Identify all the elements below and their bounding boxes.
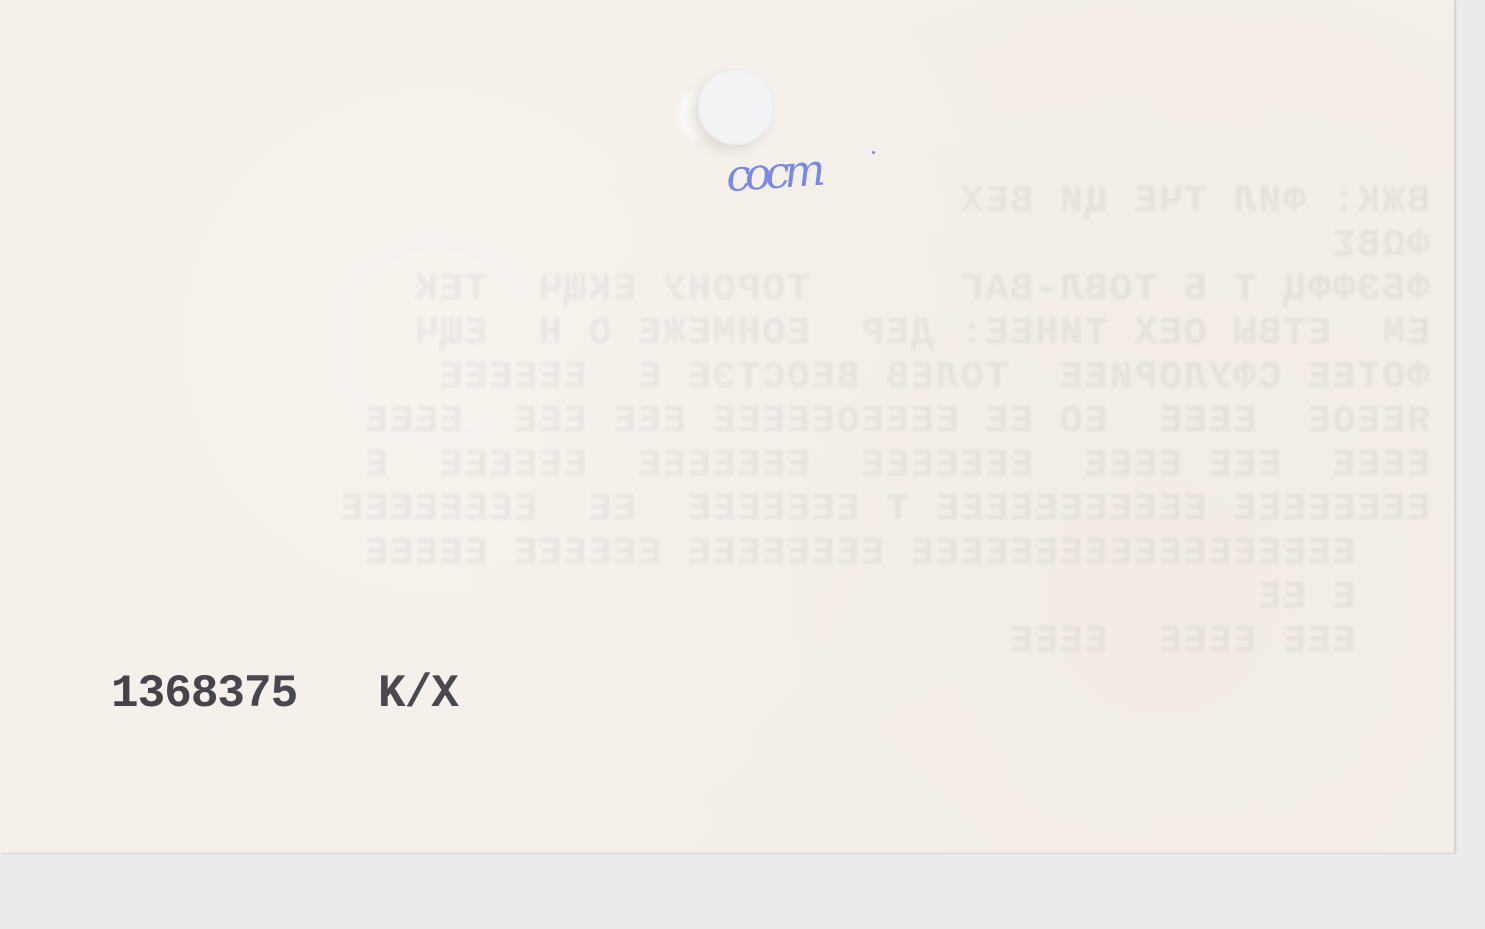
handwritten-note: сост — [724, 145, 821, 202]
ink-dot — [872, 151, 875, 154]
catalog-card: ВЖК: ФИЛ ТЧЕ ЦИ ВЕХ ΦΩΒΣ ФБЭФФЦ Т Б ТОВЛ… — [0, 0, 1454, 853]
catalog-code: K/X — [378, 668, 458, 720]
catalog-number: 1368375 — [111, 668, 297, 720]
bleed-through-text: ВЖК: ФИЛ ТЧЕ ЦИ ВЕХ ΦΩΒΣ ФБЭФФЦ Т Б ТОВЛ… — [70, 180, 1430, 664]
punch-hole — [698, 69, 774, 145]
